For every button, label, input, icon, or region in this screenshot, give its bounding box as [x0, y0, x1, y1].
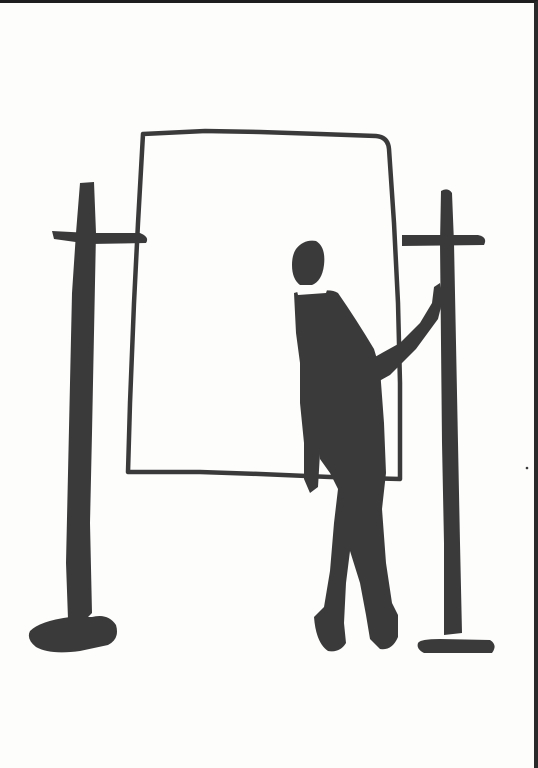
illustration-frame	[0, 0, 538, 768]
standing-figure	[292, 241, 442, 652]
illustration	[0, 3, 538, 768]
right-post	[402, 189, 495, 653]
ink-speck	[526, 467, 529, 470]
